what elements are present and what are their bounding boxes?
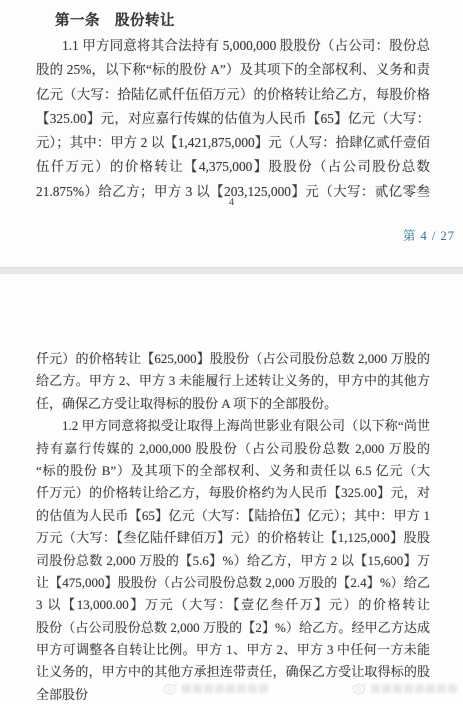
document-line: “标的股份 B”）及其项下的全部权利、义务和责任以 6.5 亿元（大写：陆亿伍 [36,460,430,482]
contract-page-4: 第一条 股份转让 1.1 甲方同意将其合法持有 5,000,000 股股份（占公… [0,0,463,267]
document-line: 仟万元）的价格转让给乙方，每股价格约为人民币【325.00】元，对应嘉行传媒 [36,482,430,504]
document-line: 1.2 甲方同意将拟受让取得上海尚世影业有限公司（以下称“尚世影业”） [36,415,430,437]
document-line: 任，确保乙方受让取得标的股份 A 项下的全部股份。 [36,393,430,415]
weibo-eye-icon [163,682,178,695]
document-line: 亿元（大写：拾陆亿贰仟伍佰万元）的价格转让给乙方，每股价格为人民币 [36,83,430,107]
clause-1-1-paragraph: 1.1 甲方同意将其合法持有 5,000,000 股股份（占公司：股份总数 2,… [36,34,430,204]
contract-page-5: 仟元）的价格转让【625,000】股股份（占公司股份总数 2,000 万股的 3… [0,274,463,704]
document-line: 股的 25%，以下称“标的股份 A”）及其项下的全部权利、义务和责任以 16.2… [36,58,430,82]
document-line: 给乙方。甲方 2、甲方 3 未能履行上述转让义务的，甲方中的其他方承担连带责 [36,370,430,392]
document-line: 万元（大写：【叁亿陆仟肆佰万】元）的价格转让【1,125,000】股股份（占公 [36,527,430,549]
document-line: 司股份总数 2,000 万股的【5.6】%）给乙方，甲方 2 以【15,600】… [36,550,430,572]
document-line: 的估值为人民币【65】亿元（大写：【陆拾伍】亿元）；其中：甲方 1 以【36,4… [36,505,430,527]
clause-1-2-paragraph: 仟元）的价格转让【625,000】股股份（占公司股份总数 2,000 万股的 3… [36,348,430,704]
document-line: 让【475,000】股股份（占公司股份总数 2,000 万股的【2.4】%）给乙… [36,572,430,594]
document-line: 仟元）的价格转让【625,000】股股份（占公司股份总数 2,000 万股的 3… [36,348,430,370]
document-line: 元）；其中：甲方 2 以【1,421,875,000】元（人写：拾肆亿贰仟壹佰捌… [36,131,430,155]
document-line: 股份（占公司股份总数 2,000 万股的【2】%）给乙方。经甲乙方达成 一致意见… [36,617,430,639]
document-line: 1.1 甲方同意将其合法持有 5,000,000 股股份（占公司：股份总数 2,… [36,34,430,58]
watermark-text-smear [182,684,268,693]
viewer-page-indicator: 第 4 / 27 [403,226,455,244]
sheet-page-number: 4 [0,197,463,208]
document-line: 持有嘉行传媒的 2,000,000 股股份（占公司股份总数 2,000 万股的 … [36,438,430,460]
watermark-text-smear [371,684,457,693]
document-line: 让义务的，甲方中的其他方承担连带责任，确保乙方受让取得标的股份 B 项下的 [36,661,430,683]
page2-text-column: 仟元）的价格转让【625,000】股股份（占公司股份总数 2,000 万股的 3… [36,348,430,704]
document-line: 3 以【13,000.00】万元（大写：【壹亿叁仟万】元）的价格转让【400,0… [36,594,430,616]
page1-text-column: 第一条 股份转让 1.1 甲方同意将其合法持有 5,000,000 股股份（占公… [36,8,430,204]
document-line: 伍仟万元）的价格转让【4,375,000】股股份（占公司股份总数 2,000 万… [36,155,430,179]
section-heading: 第一条 股份转让 [36,8,430,34]
weibo-watermark [163,682,268,695]
document-viewer: { "document": { "heading": "第一条 股份转让", "… [0,0,463,704]
document-line: 甲方可调整各自转让比例。甲方 1、甲方 2、甲方 3 中任何一方未能履行上述转 [36,639,430,661]
document-line: 【325.00】元，对应嘉行传媒的估值为人民币【65】亿元（大写：【陆拾伍】亿 [36,107,430,131]
weibo-watermark [352,682,457,695]
weibo-eye-icon [352,682,367,695]
